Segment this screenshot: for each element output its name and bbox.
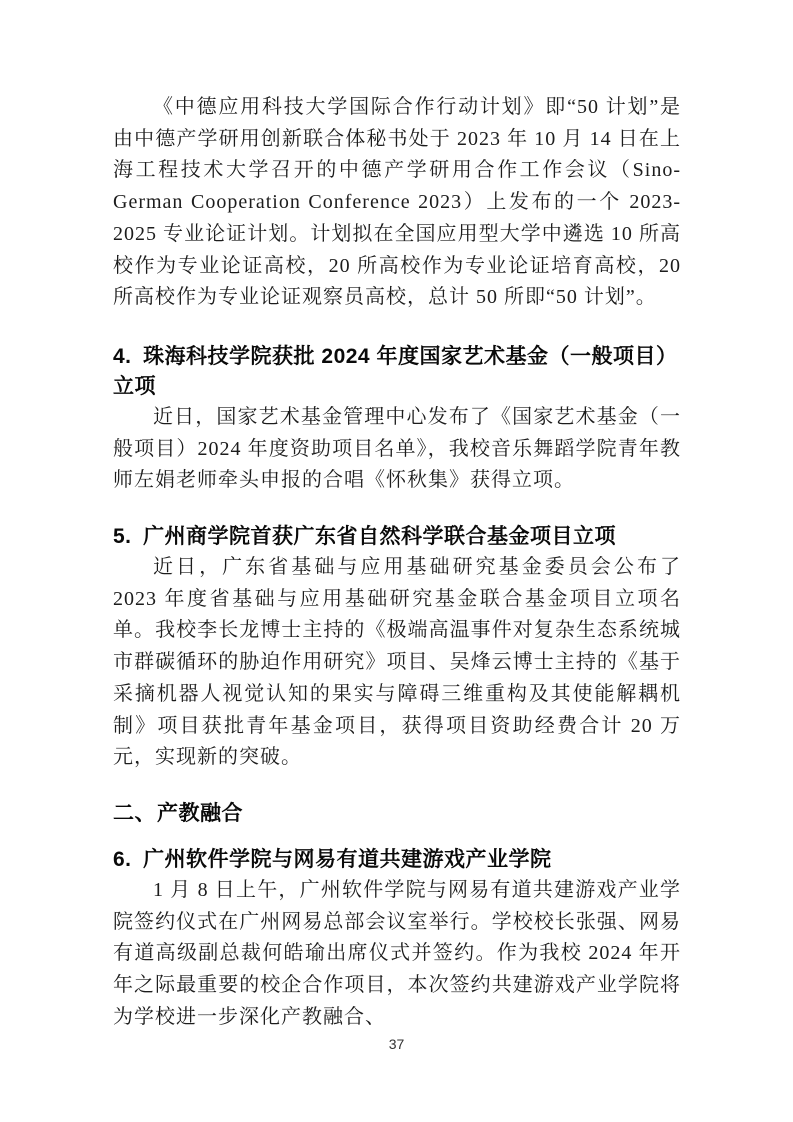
heading-4-text: 珠海科技学院获批 2024 年度国家艺术基金（一般项目）立项 xyxy=(113,345,677,398)
heading-item-5: 5.广州商学院首获广东省自然科学联合基金项目立项 xyxy=(113,522,681,552)
paragraph-netease-cooperation: 1 月 8 日上午，广州软件学院与网易有道共建游戏产业学院签约仪式在广州网易总部… xyxy=(113,875,681,1034)
heading-6-number: 6. xyxy=(113,848,132,871)
section-2-text: 产教融合 xyxy=(157,802,243,825)
heading-item-4: 4.珠海科技学院获批 2024 年度国家艺术基金（一般项目）立项 xyxy=(113,342,681,402)
paragraph-50-plan: 《中德应用科技大学国际合作行动计划》即“50 计划”是由中德产学研用创新联合体秘… xyxy=(113,92,681,314)
heading-5-text: 广州商学院首获广东省自然科学联合基金项目立项 xyxy=(143,525,616,548)
page-number: 37 xyxy=(0,1036,793,1052)
heading-6-text: 广州软件学院与网易有道共建游戏产业学院 xyxy=(143,848,552,871)
heading-item-6: 6.广州软件学院与网易有道共建游戏产业学院 xyxy=(113,845,681,875)
heading-4-number: 4. xyxy=(113,345,132,368)
section-2-number: 二、 xyxy=(113,802,156,825)
paragraph-art-fund: 近日，国家艺术基金管理中心发布了《国家艺术基金（一般项目）2024 年度资助项目… xyxy=(113,402,681,497)
heading-5-number: 5. xyxy=(113,525,132,548)
section-heading-2: 二、产教融合 xyxy=(113,799,681,829)
document-page: 《中德应用科技大学国际合作行动计划》即“50 计划”是由中德产学研用创新联合体秘… xyxy=(0,0,793,1122)
paragraph-natural-science-fund: 近日，广东省基础与应用基础研究基金委员会公布了 2023 年度省基础与应用基础研… xyxy=(113,552,681,774)
page-content: 《中德应用科技大学国际合作行动计划》即“50 计划”是由中德产学研用创新联合体秘… xyxy=(113,92,681,1033)
